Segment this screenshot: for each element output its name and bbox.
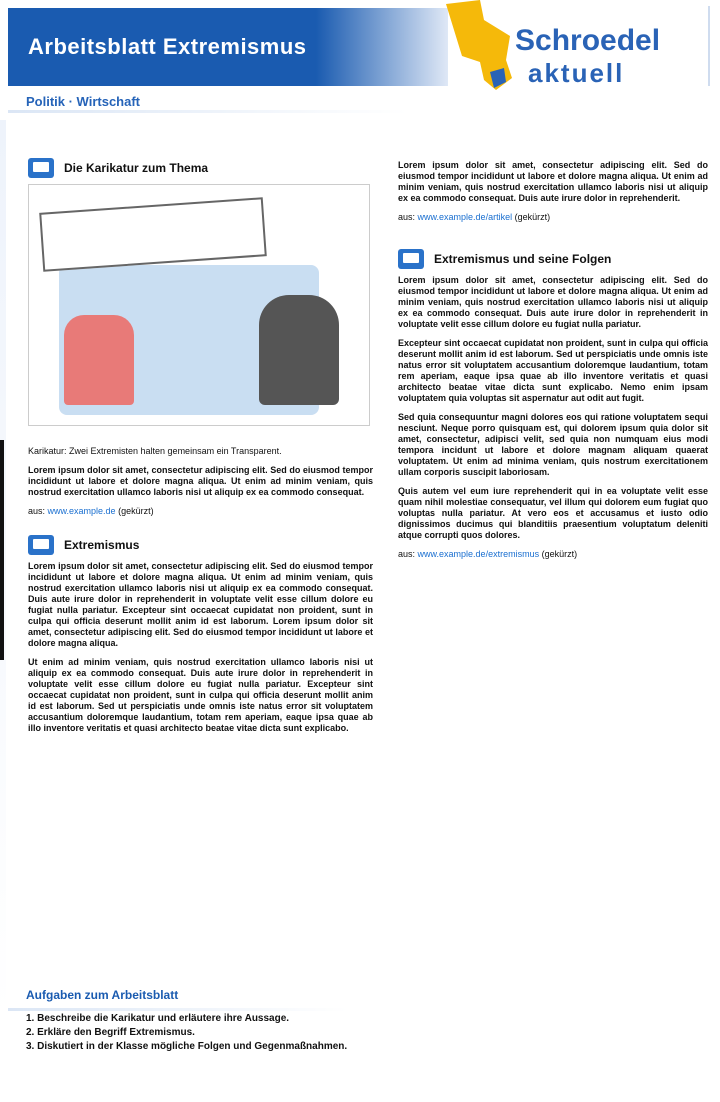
- cartoon-image: [28, 184, 370, 426]
- body-text: Excepteur sint occaecat cupidatat non pr…: [398, 338, 708, 404]
- source-prefix: aus:: [398, 549, 415, 559]
- body-text: Sed quia consequuntur magni dolores eos …: [398, 412, 708, 478]
- task-item: 1. Beschreibe die Karikatur und erläuter…: [26, 1012, 606, 1026]
- left-column: Die Karikatur zum Thema Karikatur: Zwei …: [28, 158, 373, 742]
- header-rule: [8, 110, 408, 113]
- right-column: Lorem ipsum dolor sit amet, consectetur …: [398, 160, 708, 568]
- section-consequences-heading: Extremismus und seine Folgen: [398, 249, 708, 269]
- source-line: aus: www.example.de (gekürzt): [28, 506, 373, 517]
- body-text: Lorem ipsum dolor sit amet, consectetur …: [398, 160, 708, 204]
- source-link[interactable]: www.example.de: [48, 506, 116, 516]
- section-cartoon-heading: Die Karikatur zum Thema: [28, 158, 373, 178]
- source-link[interactable]: www.example.de/extremismus: [418, 549, 540, 559]
- subject-subtitle: Politik · Wirtschaft: [26, 94, 140, 109]
- source-link[interactable]: www.example.de/artikel: [418, 212, 513, 222]
- page-title: Arbeitsblatt Extremismus: [28, 34, 307, 60]
- cartoon-figure-right: [259, 295, 339, 405]
- book-icon: [398, 249, 424, 269]
- cartoon-figure-left: [64, 315, 134, 405]
- source-line: aus: www.example.de/artikel (gekürzt): [398, 212, 708, 223]
- tasks-heading: Aufgaben zum Arbeitsblatt: [26, 988, 178, 1002]
- source-suffix: (gekürzt): [515, 212, 551, 222]
- body-text: Lorem ipsum dolor sit amet, consectetur …: [398, 275, 708, 330]
- book-icon: [28, 535, 54, 555]
- logo-sub: aktuell: [528, 58, 624, 89]
- body-text: Ut enim ad minim veniam, quis nostrud ex…: [28, 657, 373, 734]
- body-text: Lorem ipsum dolor sit amet, consectetur …: [28, 465, 373, 498]
- tasks-rule: [8, 1008, 348, 1011]
- task-item: 3. Diskutiert in der Klasse mögliche Fol…: [26, 1040, 606, 1054]
- cartoon-caption: Karikatur: Zwei Extremisten halten gemei…: [28, 446, 373, 457]
- logo-main: Schroedel: [515, 26, 660, 56]
- section-title: Extremismus und seine Folgen: [434, 254, 611, 265]
- body-text: Lorem ipsum dolor sit amet, consectetur …: [28, 561, 373, 649]
- schroedel-logo-icon: [440, 0, 520, 90]
- source-suffix: (gekürzt): [118, 506, 154, 516]
- section-extremism-heading: Extremismus: [28, 535, 373, 555]
- task-item: 2. Erkläre den Begriff Extremismus.: [26, 1026, 606, 1040]
- book-icon: [28, 158, 54, 178]
- source-prefix: aus:: [28, 506, 45, 516]
- section-title: Die Karikatur zum Thema: [64, 163, 208, 174]
- section-title: Extremismus: [64, 540, 139, 551]
- source-line: aus: www.example.de/extremismus (gekürzt…: [398, 549, 708, 560]
- tasks-list: 1. Beschreibe die Karikatur und erläuter…: [26, 1012, 606, 1054]
- vertical-side-text: [0, 440, 4, 660]
- logo-divider: [708, 6, 710, 86]
- source-prefix: aus:: [398, 212, 415, 222]
- cartoon-banner: [39, 197, 267, 271]
- body-text: Quis autem vel eum iure reprehenderit qu…: [398, 486, 708, 541]
- source-suffix: (gekürzt): [542, 549, 578, 559]
